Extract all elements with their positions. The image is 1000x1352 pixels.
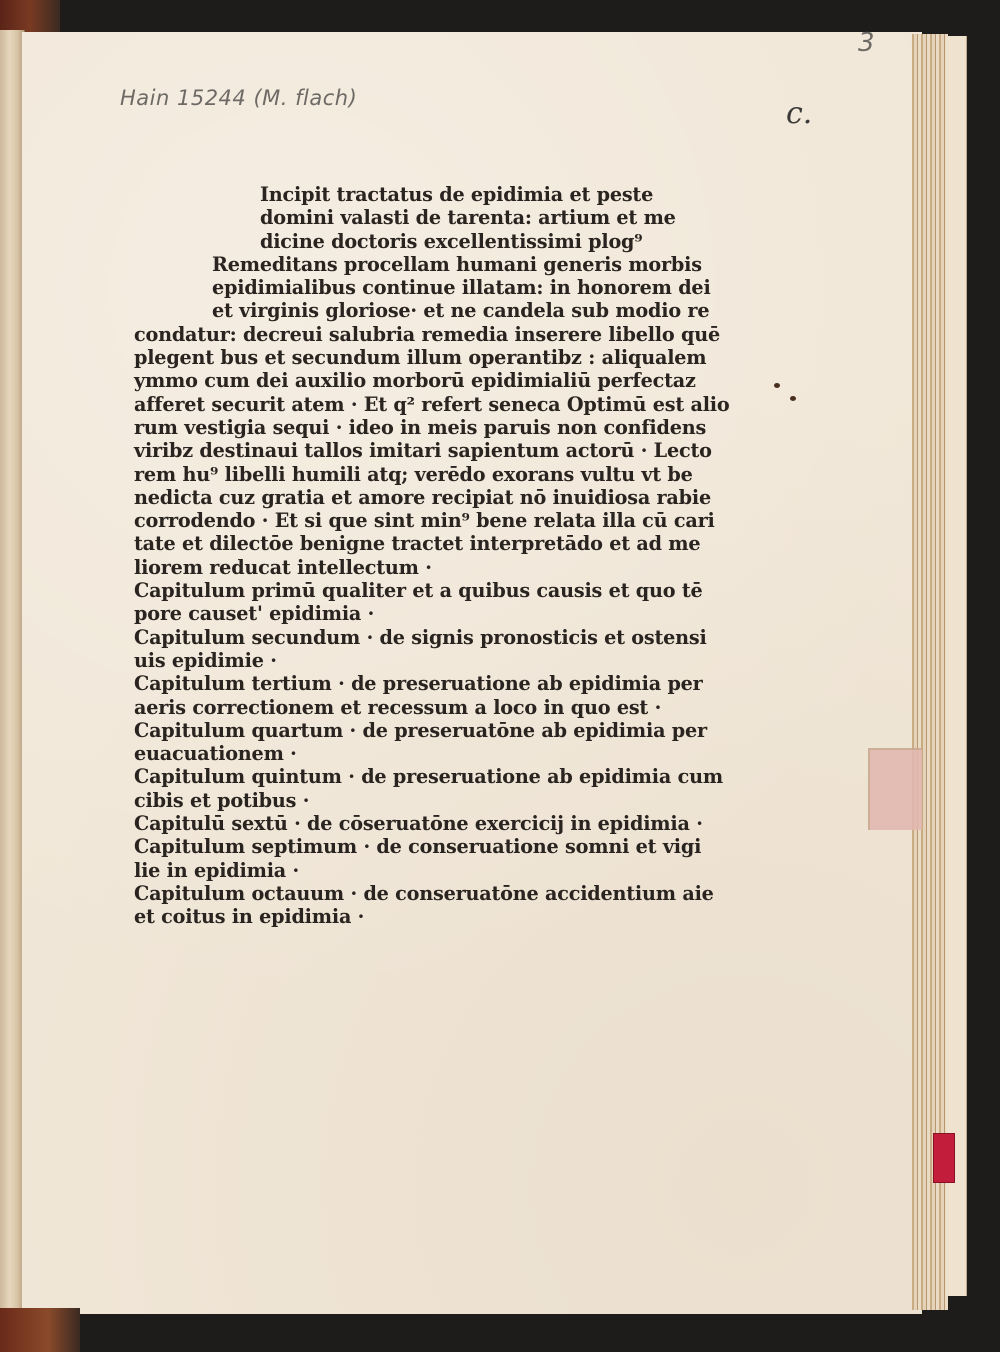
- ink-speck: [790, 396, 796, 401]
- chapter-line: Capitulum quintum · de preseruatione ab …: [134, 765, 714, 788]
- prologue-line: condatur: decreui salubria remedia inser…: [134, 323, 714, 346]
- page-edge-outer: [946, 36, 967, 1296]
- title-line: dicine doctoris excellentissimi plog⁹: [134, 230, 714, 253]
- prologue-line: nedicta cuz gratia et amore recipiat nō …: [134, 486, 714, 509]
- text-column: Incipit tractatus de epidimia et peste d…: [134, 183, 714, 929]
- chapter-line: et coitus in epidimia ·: [134, 905, 714, 928]
- chapter-line: Capitulū sextū · de cōseruatōne exercici…: [134, 812, 714, 835]
- prologue-line: Remeditans procellam humani generis morb…: [134, 253, 714, 276]
- prologue-line: corrodendo · Et si que sint min⁹ bene re…: [134, 509, 714, 532]
- page-edges-stack: [912, 34, 948, 1310]
- prologue-line: rum vestigia sequi · ideo in meis paruis…: [134, 416, 714, 439]
- binding-leather-top: [0, 0, 60, 34]
- prologue-line: et virginis gloriose· et ne candela sub …: [134, 299, 714, 322]
- folio-number: 3: [858, 28, 875, 58]
- title-line: Incipit tractatus de epidimia et peste: [134, 183, 714, 206]
- chapter-line: Capitulum octauum · de conseruatōne acci…: [134, 882, 714, 905]
- prologue-line: liorem reducat intellectum ·: [134, 556, 714, 579]
- chapter-line: pore causet' epidimia ·: [134, 602, 714, 625]
- signature-mark: c.: [786, 96, 812, 131]
- binding-leather-bottom: [0, 1308, 80, 1352]
- prologue-line: epidimialibus continue illatam: in honor…: [134, 276, 714, 299]
- title-line: domini valasti de tarenta: artium et me: [134, 206, 714, 229]
- prologue-line: tate et dilectōe benigne tractet interpr…: [134, 532, 714, 555]
- chapter-line: uis epidimie ·: [134, 649, 714, 672]
- chapter-line: cibis et potibus ·: [134, 789, 714, 812]
- chapter-line: aeris correctionem et recessum a loco in…: [134, 696, 714, 719]
- chapter-line: lie in epidimia ·: [134, 859, 714, 882]
- prologue-line: afferet securit atem · Et q² refert sene…: [134, 393, 714, 416]
- shelfmark-annotation: Hain 15244 (M. flach): [120, 86, 357, 110]
- chapter-line: Capitulum primū qualiter et a quibus cau…: [134, 579, 714, 602]
- prologue-line: plegent bus et secundum illum operantibz…: [134, 346, 714, 369]
- prologue-line: viribz destinaui tallos imitari sapientu…: [134, 439, 714, 462]
- chapter-line: euacuationem ·: [134, 742, 714, 765]
- chapter-line: Capitulum septimum · de conseruatione so…: [134, 835, 714, 858]
- bookmark-ribbon: [933, 1133, 955, 1183]
- prologue-line: ymmo cum dei auxilio morborū epidimialiū…: [134, 369, 714, 392]
- ink-speck: [774, 383, 780, 388]
- chapter-line: Capitulum secundum · de signis pronostic…: [134, 626, 714, 649]
- chapter-line: Capitulum quartum · de preseruatōne ab e…: [134, 719, 714, 742]
- paper-stain-patch: [868, 748, 922, 830]
- prologue-line: rem hu⁹ libelli humili atq; verēdo exora…: [134, 463, 714, 486]
- chapter-line: Capitulum tertium · de preseruatione ab …: [134, 672, 714, 695]
